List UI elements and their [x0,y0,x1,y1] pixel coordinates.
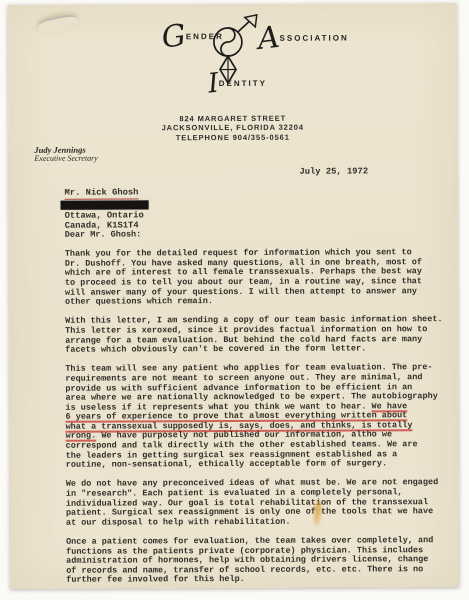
letter-document: GENDER ASSOCIATION IDENTITY 824 MARGARET… [8,3,460,589]
officer-block: Judy Jennings Executive Secretary [34,146,98,163]
text-segment: further fee involved for this help. [66,574,245,585]
paragraph: Thank you for the detailed request for i… [65,248,459,307]
text-line: further fee involved for this help. [66,574,460,585]
text-segment: routine, non-sensational, ethically acce… [66,459,387,470]
letterhead-word-rest: ENDER [186,32,224,41]
male-arrow-shaft [238,21,250,32]
text-segment: will answer many of your questions. I wi… [65,286,417,298]
letterhead-word-association: ASSOCIATION [258,23,349,53]
letter-body: Dear Mr. Ghosh: Thank you for the detail… [65,229,461,595]
red-underlined-text: wrong. [66,431,97,441]
staple-mark [37,13,79,35]
salutation: Dear Mr. Ghosh: [65,229,459,240]
paragraph: We do not have any preconceived ideas of… [66,478,460,528]
recipient-city: Ottawa, Ontario [65,210,149,220]
letterhead-word-gender: GENDER [162,22,224,52]
officer-title: Executive Secretary [34,154,97,163]
recipient-block: Mr. Nick Ghosh Ottawa, Ontario Canada, K… [65,187,149,230]
text-line: facets which obviously can't be covered … [65,344,459,355]
letterhead-address: 824 MARGARET STREET JACKSONVILLE, FLORID… [8,113,457,143]
address-telephone: TELEPHONE 904/355-0561 [8,132,457,143]
letterhead-word-rest: DENTITY [219,79,267,88]
text-segment: other questions which remain. [65,296,213,307]
recipient-name: Mr. Nick Ghosh [65,187,139,199]
letter-date: July 25, 1972 [299,166,368,176]
text-segment: facets which obviously can't be covered … [65,344,366,355]
text-line: routine, non-sensational, ethically acce… [66,459,460,470]
letterhead-word-identity: IDENTITY [208,70,267,97]
letterhead-word-rest: SSOCIATION [280,33,349,42]
text-line: at our disposal to help with rehabilitat… [66,517,460,528]
letterhead-initial: A [256,23,281,55]
letterhead-initial: G [160,21,187,53]
text-line: other questions which remain. [65,296,459,307]
paragraph: This team will see any patient who appli… [65,363,459,470]
letter-body-paragraphs: Thank you for the detailed request for i… [65,248,460,585]
text-segment: at our disposal to help with rehabilitat… [66,517,290,528]
paragraph: Once a patient comes for evaluation, the… [66,536,460,586]
male-arrow-head [245,15,257,27]
redaction-bar [61,200,149,209]
paragraph: With this letter, I am sending a copy of… [65,315,459,355]
letterhead: GENDER ASSOCIATION IDENTITY [122,7,362,116]
